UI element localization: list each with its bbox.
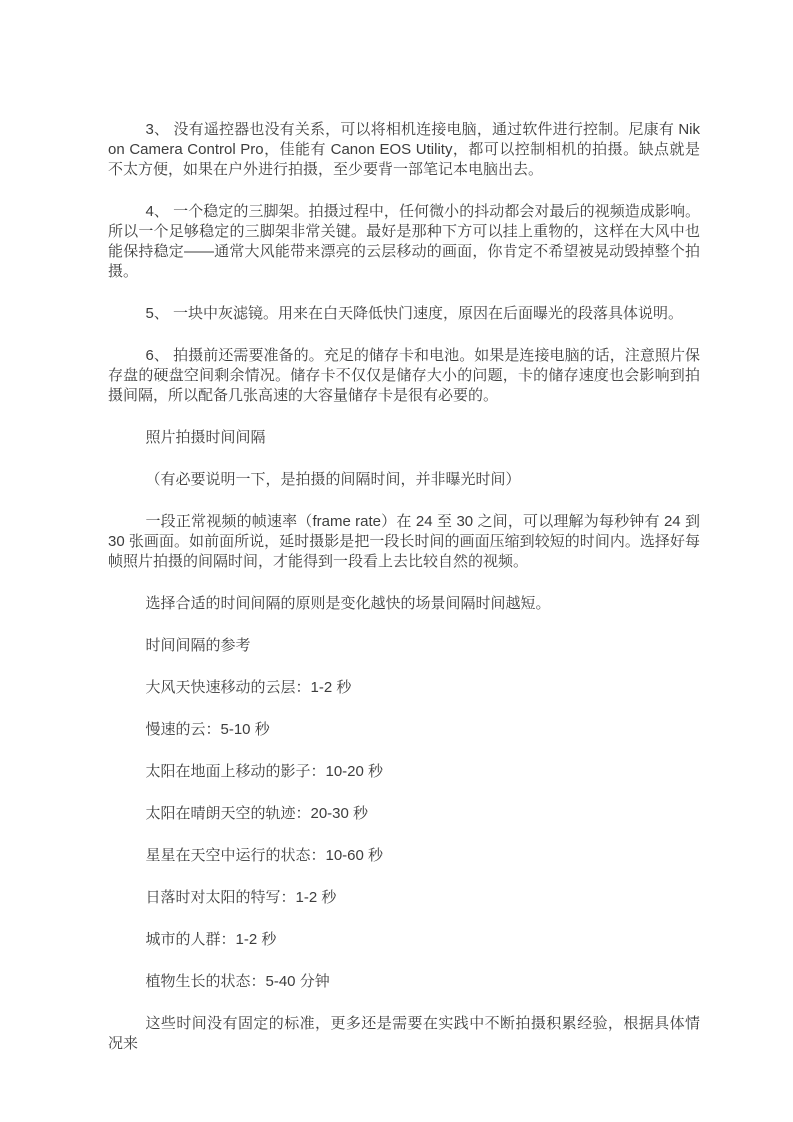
paragraph-frame-rate: 一段正常视频的帧速率（frame rate）在 24 至 30 之间，可以理解为… [108, 512, 700, 572]
paragraph-storage: 6、 拍摄前还需要准备的。充足的储存卡和电池。如果是连接电脑的话，注意照片保存盘… [108, 346, 700, 406]
document-body: 3、 没有遥控器也没有关系，可以将相机连接电脑，通过软件进行控制。尼康有 Nik… [108, 120, 700, 1076]
interval-item-sunset-closeup: 日落时对太阳的特写：1-2 秒 [108, 888, 700, 908]
note-interval-clarification: （有必要说明一下，是拍摄的间隔时间，并非曝光时间） [108, 470, 700, 490]
paragraph-practice-note: 这些时间没有固定的标准，更多还是需要在实践中不断拍摄积累经验，根据具体情况来 [108, 1014, 700, 1054]
interval-item-sun-shadow: 太阳在地面上移动的影子：10-20 秒 [108, 762, 700, 782]
document-page: { "page": { "background_color": "#ffffff… [0, 0, 793, 1122]
paragraph-interval-principle: 选择合适的时间间隔的原则是变化越快的场景间隔时间越短。 [108, 594, 700, 614]
heading-shooting-interval: 照片拍摄时间间隔 [108, 428, 700, 448]
interval-item-slow-clouds: 慢速的云：5-10 秒 [108, 720, 700, 740]
interval-item-city-crowd: 城市的人群：1-2 秒 [108, 930, 700, 950]
paragraph-tripod: 4、 一个稳定的三脚架。拍摄过程中，任何微小的抖动都会对最后的视频造成影响。所以… [108, 202, 700, 282]
interval-item-sun-trajectory: 太阳在晴朗天空的轨迹：20-30 秒 [108, 804, 700, 824]
paragraph-remote-control: 3、 没有遥控器也没有关系，可以将相机连接电脑，通过软件进行控制。尼康有 Nik… [108, 120, 700, 180]
interval-item-stars: 星星在天空中运行的状态：10-60 秒 [108, 846, 700, 866]
interval-item-plant-growth: 植物生长的状态：5-40 分钟 [108, 972, 700, 992]
heading-interval-reference: 时间间隔的参考 [108, 636, 700, 656]
interval-item-fast-clouds: 大风天快速移动的云层：1-2 秒 [108, 678, 700, 698]
paragraph-nd-filter: 5、 一块中灰滤镜。用来在白天降低快门速度，原因在后面曝光的段落具体说明。 [108, 304, 700, 324]
